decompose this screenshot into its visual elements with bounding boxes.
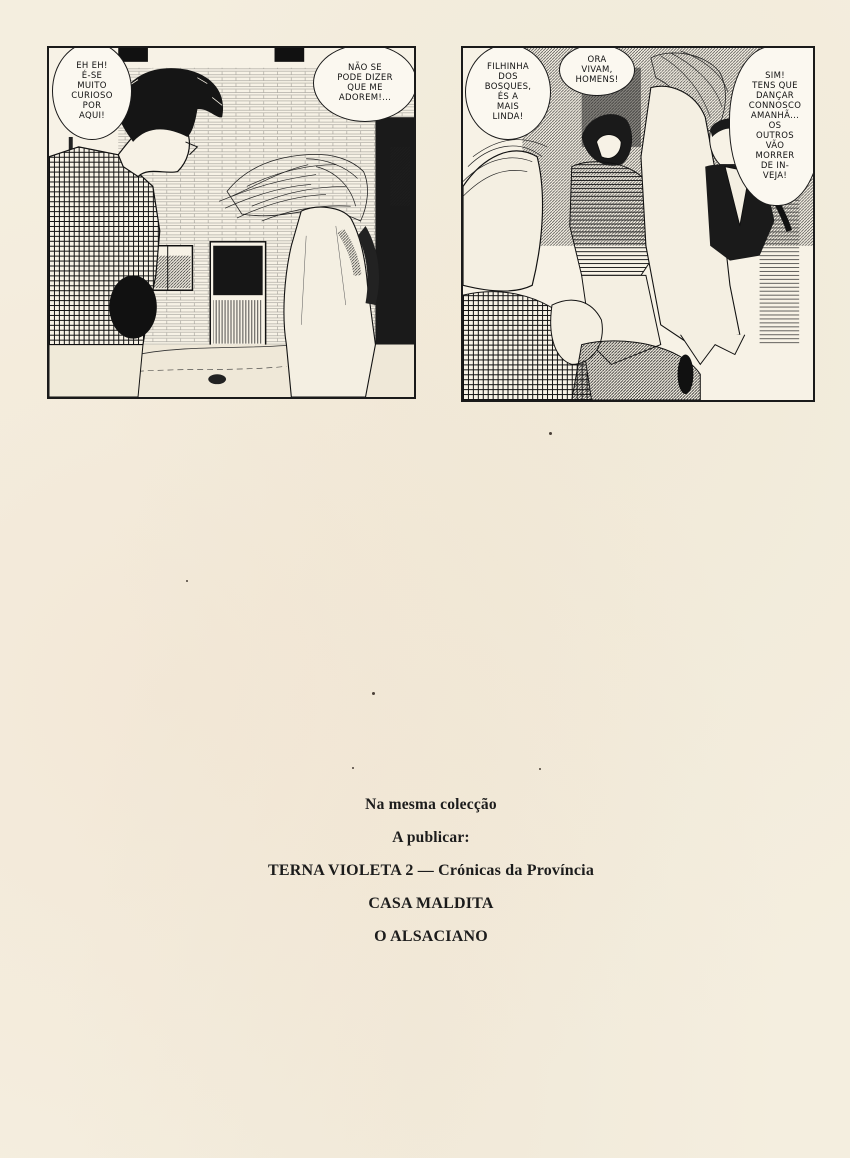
upcoming-heading: A publicar:: [0, 829, 850, 847]
series-list: Na mesma colecção A publicar: TERNA VIOL…: [0, 796, 850, 961]
print-speck: [549, 432, 552, 435]
speech-balloon: EH EH! É-SE MUITO CURIOSO POR AQUI!: [52, 46, 132, 140]
balloon-text: ORA VIVAM, HOMENS!: [575, 55, 618, 85]
balloon-text: EH EH! É-SE MUITO CURIOSO POR AQUI!: [71, 61, 112, 121]
print-speck: [372, 692, 375, 695]
balloon-text: NÃO SE PODE DIZER QUE ME ADOREM!...: [337, 63, 393, 103]
series-title: O ALSACIANO: [0, 928, 850, 946]
comic-panel-2: FILHINHA DOS BOSQUES, ÉS A MAIS LINDA! O…: [461, 46, 815, 402]
print-speck: [539, 768, 541, 770]
series-title: TERNA VIOLETA 2 — Crónicas da Província: [0, 862, 850, 880]
balloon-text: FILHINHA DOS BOSQUES, ÉS A MAIS LINDA!: [485, 62, 532, 122]
speech-balloon: ORA VIVAM, HOMENS!: [559, 46, 635, 96]
print-speck: [352, 767, 354, 769]
series-title: CASA MALDITA: [0, 895, 850, 913]
print-speck: [186, 580, 188, 582]
speech-balloon: NÃO SE PODE DIZER QUE ME ADOREM!...: [313, 46, 416, 122]
series-heading: Na mesma colecção: [0, 796, 850, 814]
speech-balloon: SIM! TENS QUE DANÇAR CONNOSCO AMANHÃ... …: [729, 46, 815, 206]
balloon-text: SIM! TENS QUE DANÇAR CONNOSCO AMANHÃ... …: [749, 71, 801, 181]
comic-panel-1: EH EH! É-SE MUITO CURIOSO POR AQUI! NÃO …: [47, 46, 416, 399]
speech-balloon: FILHINHA DOS BOSQUES, ÉS A MAIS LINDA!: [465, 46, 551, 140]
